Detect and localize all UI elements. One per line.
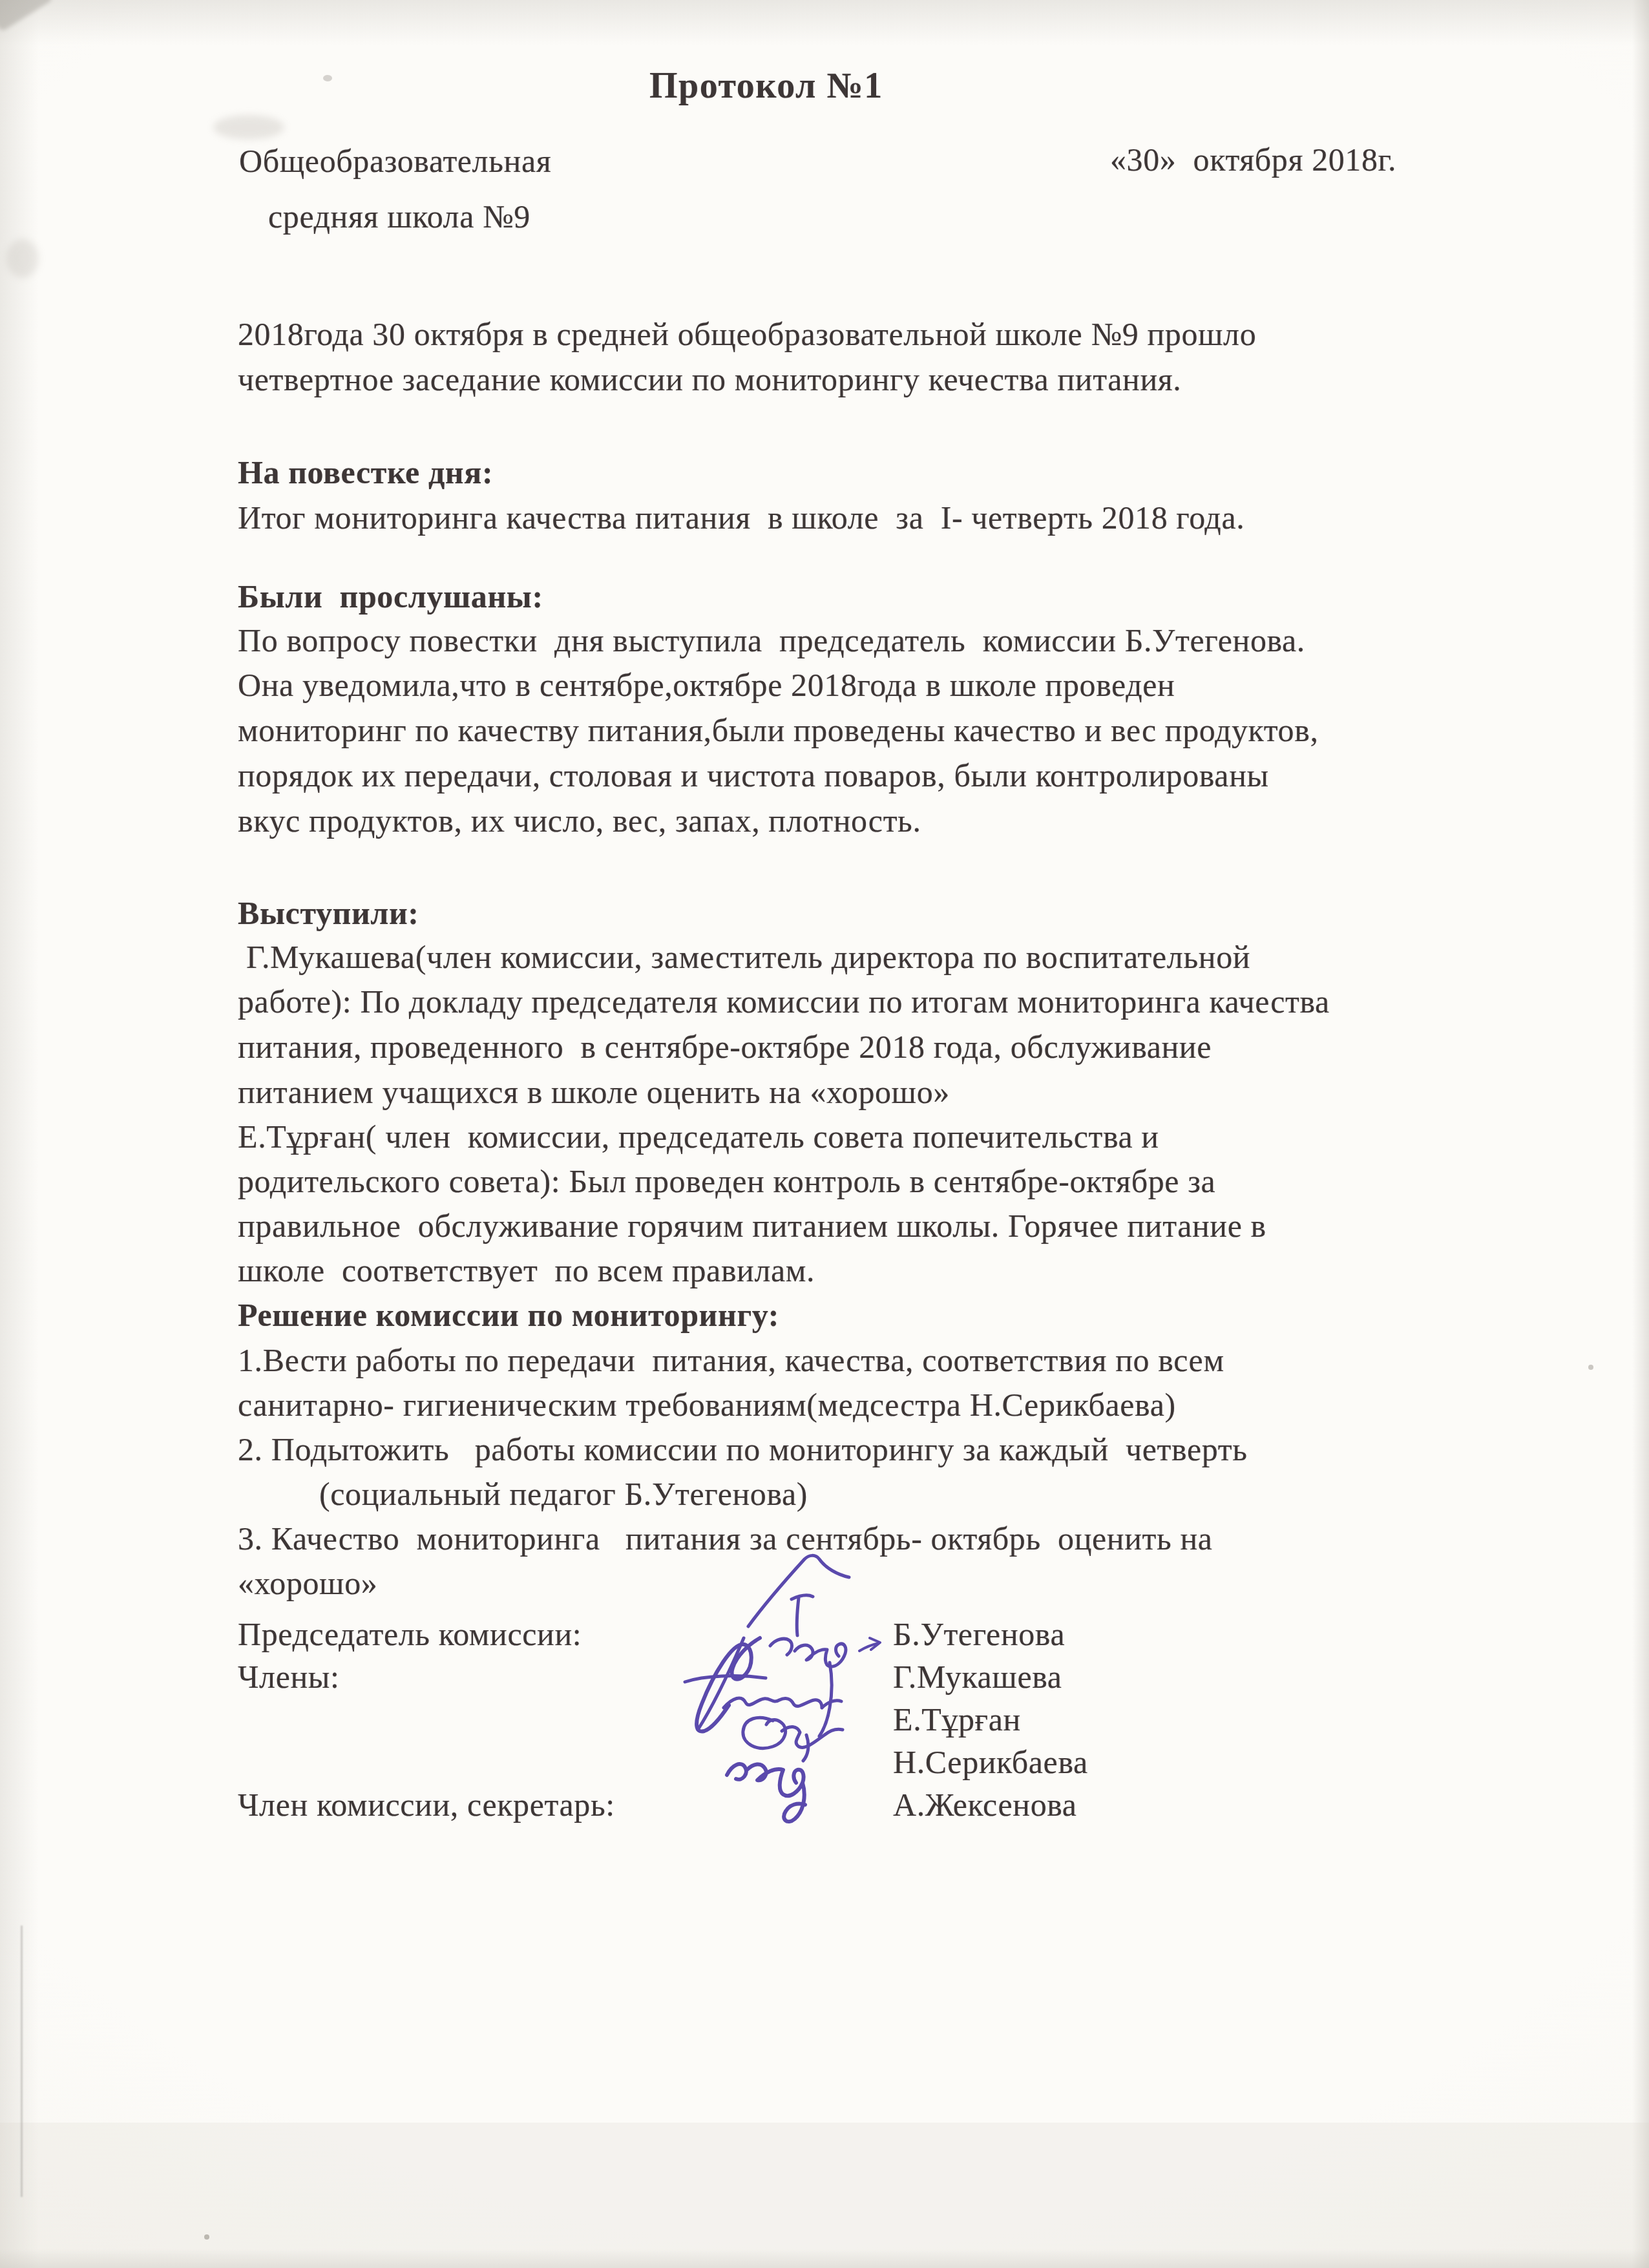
scan-speck xyxy=(204,2234,209,2240)
spoke-line: Г.Мукашева(член комиссии, заместитель ди… xyxy=(238,938,1250,976)
decision-line: (социальный педагог Б.Утегенова) xyxy=(319,1475,808,1513)
agenda-line: Итог мониторинга качества питания в школ… xyxy=(238,499,1245,536)
scanned-protocol-page: Протокол №1 Общеобразовательная «30» окт… xyxy=(0,0,1649,2268)
decision-line: 2. Подытожить работы комиссии по монитор… xyxy=(238,1431,1248,1468)
spoke-line: Е.Тұрған( член комиссии, председатель со… xyxy=(238,1118,1159,1155)
intro-line: четвертное заседание комиссии по монитор… xyxy=(238,361,1181,398)
decision-line: санитарно- гигиеническим требованиям(мед… xyxy=(238,1386,1176,1423)
spoke-line: родительского совета): Был проведен конт… xyxy=(238,1162,1215,1200)
scan-edge-right xyxy=(1632,0,1649,2268)
signature-label-chair: Председатель комиссии: xyxy=(238,1615,582,1653)
scan-speck xyxy=(323,75,332,81)
signature-label-members: Члены: xyxy=(238,1658,339,1696)
signature-stroke xyxy=(770,1639,846,1666)
spoke-line: питанием учащихся в школе оценить на «хо… xyxy=(238,1073,950,1111)
scan-speck xyxy=(1588,1365,1593,1370)
scan-smudge xyxy=(6,239,39,278)
heard-line: Она уведомила,что в сентябре,октябре 201… xyxy=(238,666,1175,704)
intro-line: 2018года 30 октября в средней общеобразо… xyxy=(238,315,1256,353)
agenda-heading: На повестке дня: xyxy=(238,454,493,491)
scan-edge-left xyxy=(0,0,39,2268)
org-name-line1: Общеобразовательная xyxy=(239,142,551,180)
heard-line: мониторинг по качеству питания,были пров… xyxy=(238,711,1319,749)
signature-stroke xyxy=(743,1717,843,1761)
spoke-line: правильное обслуживание горячим питанием… xyxy=(238,1207,1266,1244)
spoke-heading: Выступили: xyxy=(238,894,419,932)
scan-tone-band xyxy=(0,2123,1649,2268)
signature-stroke xyxy=(859,1638,880,1651)
heard-line: По вопросу повестки дня выступила предсе… xyxy=(238,622,1305,659)
scan-edge-top xyxy=(0,0,1649,45)
page-title: Протокол №1 xyxy=(649,67,883,105)
heard-line: порядок их передачи, столовая и чистота … xyxy=(238,757,1269,794)
protocol-date: «30» октября 2018г. xyxy=(1110,141,1396,178)
org-name-line2: средняя школа №9 xyxy=(268,198,530,235)
decision-line: 1.Вести работы по передачи питания, каче… xyxy=(238,1341,1224,1379)
decision-heading: Решение комиссии по мониторингу: xyxy=(238,1296,779,1334)
scan-smudge xyxy=(213,115,284,140)
signature-stroke xyxy=(792,1595,813,1635)
spoke-line: школе соответствует по всем правилам. xyxy=(238,1252,815,1289)
signature-label-secretary: Член комиссии, секретарь: xyxy=(238,1786,615,1823)
handwritten-signatures xyxy=(646,1548,924,1909)
heard-line: вкус продуктов, их число, вес, запах, пл… xyxy=(238,802,921,839)
scan-edge-line xyxy=(21,1926,23,2197)
signature-stroke xyxy=(727,1764,805,1822)
decision-line: «хорошо» xyxy=(238,1564,377,1602)
spoke-line: работе): По докладу председателя комисси… xyxy=(238,983,1330,1020)
heard-heading: Были прослушаны: xyxy=(238,578,543,615)
spoke-line: питания, проведенного в сентябре-октябре… xyxy=(238,1028,1212,1066)
